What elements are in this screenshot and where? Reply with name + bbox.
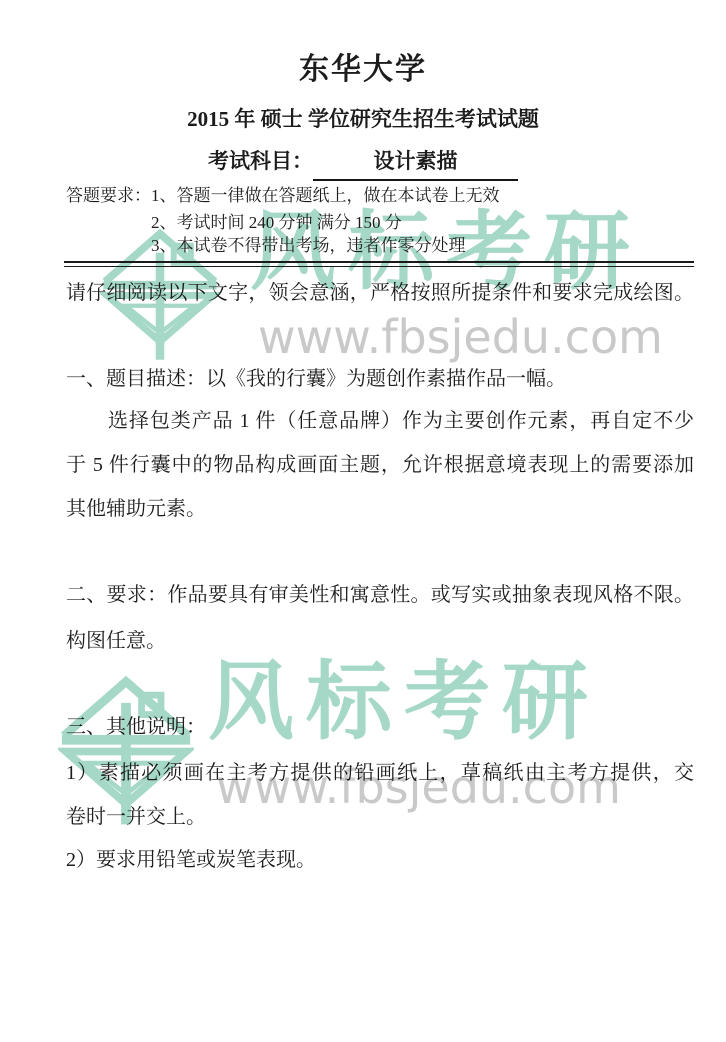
section1-title: 一、题目描述：以《我的行囊》为题创作素描作品一幅。 <box>66 366 566 392</box>
answer-requirements-line-1: 答题要求：1、答题一律做在答题纸上，做在本试卷上无效 <box>66 184 500 207</box>
answer-requirements-item-3: 3、本试卷不得带出考场，违者作零分处理 <box>151 234 466 257</box>
section2-line-1: 二、要求：作品要具有审美性和寓意性。或写实或抽象表现风格不限。 <box>66 582 694 608</box>
exam-subtitle: 2015 年 硕士 学位研究生招生考试试题 <box>0 104 726 134</box>
section2-line-2: 构图任意。 <box>66 628 166 654</box>
university-title: 东华大学 <box>0 50 726 90</box>
subject-value-underlined: 设计素描 <box>313 146 518 181</box>
header-divider <box>64 261 694 267</box>
section3-line-3: 2）要求用铅笔或炭笔表现。 <box>66 847 316 873</box>
section3-title: 三、其他说明： <box>66 714 206 740</box>
section1-line-3: 其他辅助元素。 <box>66 496 206 522</box>
answer-requirements-label: 答题要求： <box>66 186 151 205</box>
section3-line-2: 卷时一并交上。 <box>66 804 206 830</box>
watermark-url: www.fbsjedu.com <box>258 312 663 362</box>
exam-paper-page: 风标考研 www.fbsjedu.com 风标考研 www.fbsjedu.co… <box>0 0 726 1042</box>
answer-requirements-item-1: 1、答题一律做在答题纸上，做在本试卷上无效 <box>151 186 500 205</box>
watermark-brand-text: 风标考研 <box>208 652 600 752</box>
subject-row: 考试科目：设计素描 <box>0 146 726 181</box>
section1-line-1: 选择包类产品 1 件（任意品牌）作为主要创作元素，再自定不少 <box>108 408 694 434</box>
answer-requirements-item-2: 2、考试时间 240 分钟 满分 150 分 <box>151 211 402 234</box>
section1-line-2: 于 5 件行囊中的物品构成画面主题，允许根据意境表现上的需要添加 <box>66 452 694 478</box>
section3-line-1: 1）素描必须画在主考方提供的铅画纸上，草稿纸由主考方提供，交 <box>66 760 694 786</box>
subject-label: 考试科目： <box>208 146 313 176</box>
intro-line: 请仔细阅读以下文字，领会意涵，严格按照所提条件和要求完成绘图。 <box>66 280 694 306</box>
